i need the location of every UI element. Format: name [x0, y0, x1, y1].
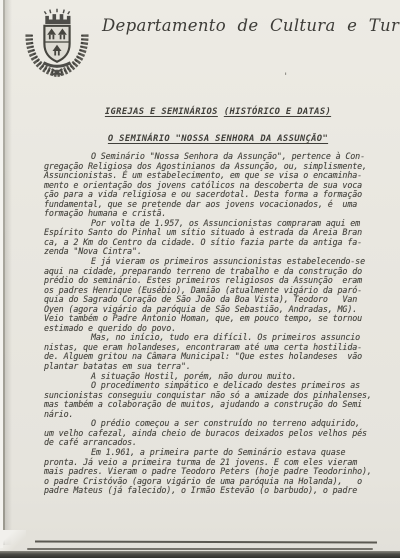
document-title-paren: (HISTÓRICO E DATAS)	[224, 107, 331, 117]
department-title: Departamento de Cultura e Turismo	[102, 16, 394, 35]
document-title-main: IGREJAS E SEMINÁRIOS	[105, 107, 218, 117]
document-title: IGREJAS E SEMINÁRIOS(HISTÓRICO E DATAS)	[44, 99, 392, 118]
page-bottom-corner-highlight	[0, 530, 26, 551]
scan-bottom-line-2	[27, 548, 373, 550]
body-line: mas também a colaboração de muitos, ajud…	[44, 400, 392, 410]
page-edge-shadow	[5, 0, 12, 545]
scan-bottom-line-1	[35, 541, 377, 544]
document-subtitle-text: O SEMINÁRIO "NOSSA SENHORA DA ASSUNÇÃO"	[108, 134, 328, 144]
scanned-document-page: Departamento de Cultura e Turismo ' IGRE…	[0, 0, 400, 558]
scan-artifact-mark: '	[283, 72, 288, 82]
municipal-coat-of-arms-icon	[20, 6, 94, 78]
document-subtitle: O SEMINÁRIO "NOSSA SENHORA DA ASSUNÇÃO"	[44, 126, 392, 145]
scan-bottom-shadow-band	[0, 551, 400, 558]
body-line: padre Mateus (já falecido), o Irmão Este…	[44, 486, 392, 496]
document-body: O Seminário "Nossa Senhora da Assunção",…	[44, 152, 392, 496]
